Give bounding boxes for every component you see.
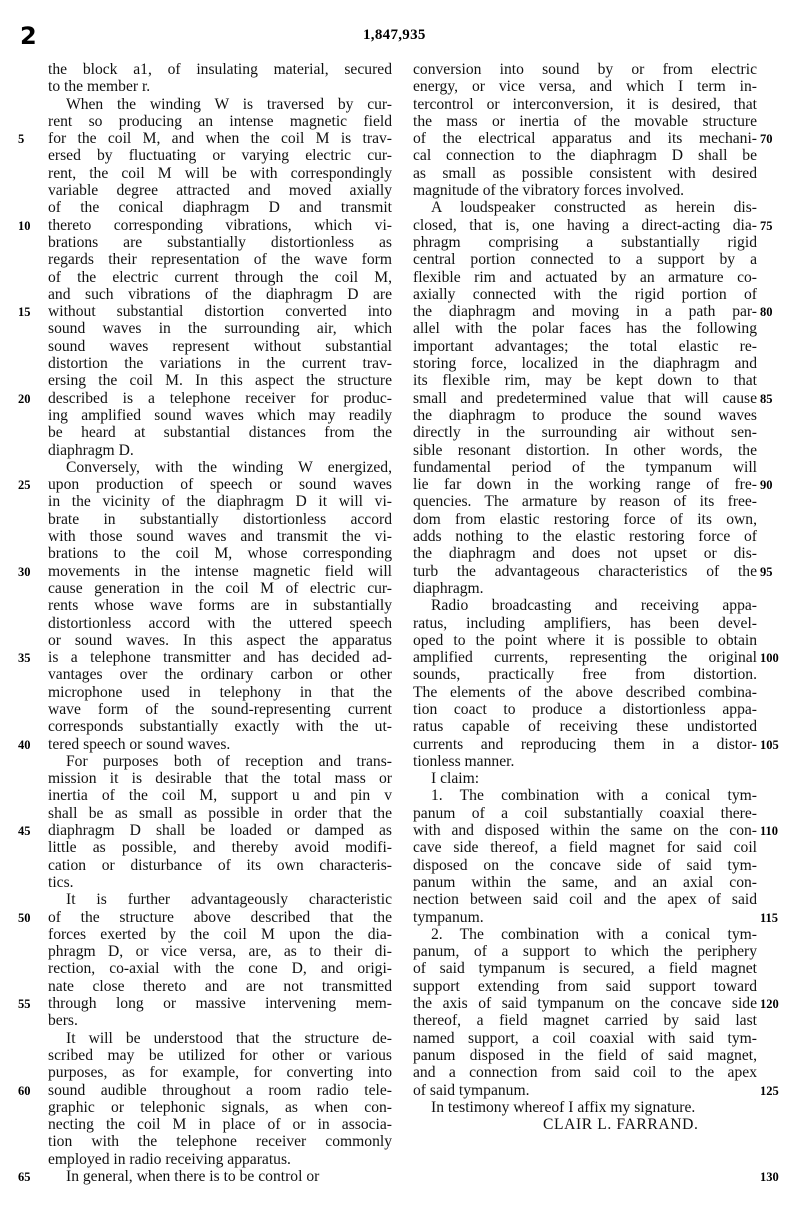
text-line: important advantages; the total elastic … bbox=[413, 338, 757, 355]
text-line: tion coact to produce a distortionless a… bbox=[413, 701, 757, 718]
text-line: of said tympanum is secured, a field mag… bbox=[413, 960, 757, 977]
text-line: 2. The combination with a conical tym- bbox=[413, 926, 757, 943]
text-line: vantages over the ordinary carbon or oth… bbox=[48, 666, 392, 683]
text-line: as small as possible consistent with des… bbox=[413, 165, 757, 182]
text-line: For purposes both of reception and trans… bbox=[48, 753, 392, 770]
text-line: rent so producing an intense magnetic fi… bbox=[48, 113, 392, 130]
text-line: panum, of a support to which the periphe… bbox=[413, 943, 757, 960]
text-line: panum disposed in the field of said magn… bbox=[413, 1047, 757, 1064]
text-line: The elements of the above described comb… bbox=[413, 684, 757, 701]
text-line: sible resonant distortion. In other word… bbox=[413, 442, 757, 459]
text-line: named support, a coil coaxial with said … bbox=[413, 1030, 757, 1047]
text-line: nate close thereto and are not transmitt… bbox=[48, 978, 392, 995]
text-line: flexible rim and actuated by an armature… bbox=[413, 269, 757, 286]
line-number: 10 bbox=[18, 219, 31, 234]
text-line: distortionless accord with the uttered s… bbox=[48, 615, 392, 632]
text-line: sound audible throughout a room radio te… bbox=[48, 1082, 392, 1099]
text-line: tympanum. bbox=[413, 909, 757, 926]
text-line: phragm comprising a substantially rigid bbox=[413, 234, 757, 251]
text-line: In testimony whereof I affix my signatur… bbox=[413, 1099, 757, 1116]
text-line: amplified currents, representing the ori… bbox=[413, 649, 757, 666]
text-line: Radio broadcasting and receiving appa- bbox=[413, 597, 757, 614]
text-line: cause generation in the coil M of electr… bbox=[48, 580, 392, 597]
text-line: be heard at substantial distances from t… bbox=[48, 424, 392, 441]
text-line: turb the advantageous characteristics of… bbox=[413, 563, 757, 580]
text-line: or sound waves. In this aspect the appar… bbox=[48, 632, 392, 649]
text-line: the diaphragm and does not upset or dis- bbox=[413, 545, 757, 562]
text-line: upon production of speech or sound waves bbox=[48, 476, 392, 493]
line-number: 120 bbox=[760, 997, 779, 1012]
text-line: closed, that is, one having a direct-act… bbox=[413, 217, 757, 234]
text-line: the diaphragm and moving in a path par- bbox=[413, 303, 757, 320]
line-number: 5 bbox=[18, 132, 24, 147]
text-line: 1. The combination with a conical tym- bbox=[413, 787, 757, 804]
text-line: with and disposed within the same on the… bbox=[413, 822, 757, 839]
line-number: 65 bbox=[18, 1170, 31, 1185]
text-line: phragm D, or vice versa, are, as to thei… bbox=[48, 943, 392, 960]
text-line: purposes, as for example, for converting… bbox=[48, 1064, 392, 1081]
text-line: little as possible, and thereby avoid mo… bbox=[48, 839, 392, 856]
text-line: tered speech or sound waves. bbox=[48, 736, 392, 753]
text-line: corresponds substantially exactly with t… bbox=[48, 718, 392, 735]
text-line: the mass or inertia of the movable struc… bbox=[413, 113, 757, 130]
text-line: nection between said coil and the apex o… bbox=[413, 891, 757, 908]
text-line: microphone used in telephony in that the bbox=[48, 684, 392, 701]
text-line: sound waves represent without substantia… bbox=[48, 338, 392, 355]
text-line: brations are substantially distortionles… bbox=[48, 234, 392, 251]
right-text-column: conversion into sound by or from electri… bbox=[413, 61, 757, 1133]
page-number: 2 bbox=[20, 22, 37, 50]
text-line: energy, or vice versa, and which I term … bbox=[413, 78, 757, 95]
text-line: graphic or telephonic signals, as when c… bbox=[48, 1099, 392, 1116]
line-number: 55 bbox=[18, 997, 31, 1012]
text-line: dom from elastic restoring force of its … bbox=[413, 511, 757, 528]
text-line: of said tympanum. bbox=[413, 1082, 757, 1099]
text-line: directly in the surrounding air without … bbox=[413, 424, 757, 441]
text-line: in the vicinity of the diaphragm D it wi… bbox=[48, 493, 392, 510]
text-line: fundamental period of the tympanum will bbox=[413, 459, 757, 476]
text-line: diaphragm D. bbox=[48, 442, 392, 459]
text-line: magnitude of the vibratory forces involv… bbox=[413, 182, 757, 199]
text-line: wave form of the sound-representing curr… bbox=[48, 701, 392, 718]
text-line: rent, the coil M will be with correspond… bbox=[48, 165, 392, 182]
text-line: of the conical diaphragm D and transmit bbox=[48, 199, 392, 216]
line-number: 125 bbox=[760, 1084, 779, 1099]
text-line: oped to the point where it is possible t… bbox=[413, 632, 757, 649]
text-line: I claim: bbox=[413, 770, 757, 787]
text-line: its flexible rim, may be kept down to th… bbox=[413, 372, 757, 389]
text-line: described is a telephone receiver for pr… bbox=[48, 390, 392, 407]
text-line: conversion into sound by or from electri… bbox=[413, 61, 757, 78]
line-number: 50 bbox=[18, 911, 31, 926]
line-number: 35 bbox=[18, 651, 31, 666]
text-line: panum within the same, and an axial con- bbox=[413, 874, 757, 891]
text-line: ersed by fluctuating or varying electric… bbox=[48, 147, 392, 164]
text-line: adds nothing to the elastic restoring fo… bbox=[413, 528, 757, 545]
text-line: and a connection from said coil to the a… bbox=[413, 1064, 757, 1081]
line-number: 115 bbox=[760, 911, 778, 926]
text-line: When the winding W is traversed by cur- bbox=[48, 96, 392, 113]
text-line: ratus, including amplifiers, has been de… bbox=[413, 615, 757, 632]
text-line: cation or disturbance of its own charact… bbox=[48, 857, 392, 874]
text-line: bers. bbox=[48, 1012, 392, 1029]
text-line: CLAIR L. FARRAND. bbox=[413, 1116, 757, 1133]
text-line: brate in substantially distortionless ac… bbox=[48, 511, 392, 528]
line-number: 90 bbox=[760, 478, 773, 493]
text-line: inertia of the coil M, support u and pin… bbox=[48, 787, 392, 804]
line-number: 45 bbox=[18, 824, 31, 839]
patent-number: 1,847,935 bbox=[363, 27, 426, 44]
line-number: 75 bbox=[760, 219, 773, 234]
text-line: A loudspeaker constructed as herein dis- bbox=[413, 199, 757, 216]
text-line: shall be as small as possible in order t… bbox=[48, 805, 392, 822]
text-line: ersing the coil M. In this aspect the st… bbox=[48, 372, 392, 389]
text-line: distortion the variations in the current… bbox=[48, 355, 392, 372]
text-line: cave side thereof, a field magnet for sa… bbox=[413, 839, 757, 856]
text-line: the axis of said tympanum on the concave… bbox=[413, 995, 757, 1012]
text-line: In general, when there is to be control … bbox=[48, 1168, 392, 1185]
text-line: is a telephone transmitter and has decid… bbox=[48, 649, 392, 666]
line-number: 95 bbox=[760, 565, 773, 580]
text-line: disposed on the concave side of said tym… bbox=[413, 857, 757, 874]
text-line: It will be understood that the structure… bbox=[48, 1030, 392, 1047]
line-number: 105 bbox=[760, 738, 779, 753]
text-line: sound waves in the surrounding air, whic… bbox=[48, 320, 392, 337]
text-line: to the member r. bbox=[48, 78, 392, 95]
text-line: rection, co-axial with the cone D, and o… bbox=[48, 960, 392, 977]
text-line: for the coil M, and when the coil M is t… bbox=[48, 130, 392, 147]
text-line: the block a1, of insulating material, se… bbox=[48, 61, 392, 78]
line-number: 100 bbox=[760, 651, 779, 666]
line-number: 60 bbox=[18, 1084, 31, 1099]
text-line: central portion connected to a support b… bbox=[413, 251, 757, 268]
text-line: forces exerted by the coil M upon the di… bbox=[48, 926, 392, 943]
text-line: rents whose wave forms are in substantia… bbox=[48, 597, 392, 614]
line-number: 110 bbox=[760, 824, 778, 839]
text-line: of the electrical apparatus and its mech… bbox=[413, 130, 757, 147]
line-number: 25 bbox=[18, 478, 31, 493]
line-number: 80 bbox=[760, 305, 773, 320]
text-line: movements in the intense magnetic field … bbox=[48, 563, 392, 580]
text-line: currents and reproducing them in a disto… bbox=[413, 736, 757, 753]
text-line: small and predetermined value that will … bbox=[413, 390, 757, 407]
text-line: of the electric current through the coil… bbox=[48, 269, 392, 286]
line-number: 70 bbox=[760, 132, 773, 147]
line-number: 130 bbox=[760, 1170, 779, 1185]
text-line: thereto corresponding vibrations, which … bbox=[48, 217, 392, 234]
text-line: ratus capable of receiving these undisto… bbox=[413, 718, 757, 735]
line-number: 85 bbox=[760, 392, 773, 407]
text-line: necting the coil M in place of or in ass… bbox=[48, 1116, 392, 1133]
text-line: support extending from said support towa… bbox=[413, 978, 757, 995]
left-text-column: the block a1, of insulating material, se… bbox=[48, 61, 392, 1185]
text-line: without substantial distortion converted… bbox=[48, 303, 392, 320]
text-line: with those sound waves and transmit the … bbox=[48, 528, 392, 545]
text-line: allel with the polar faces has the follo… bbox=[413, 320, 757, 337]
line-number: 40 bbox=[18, 738, 31, 753]
text-line: through long or massive intervening mem- bbox=[48, 995, 392, 1012]
text-line: sounds, practically free from distortion… bbox=[413, 666, 757, 683]
text-line: the diaphragm to produce the sound waves bbox=[413, 407, 757, 424]
text-line: tercontrol or interconversion, it is des… bbox=[413, 96, 757, 113]
text-line: diaphragm D shall be loaded or damped as bbox=[48, 822, 392, 839]
line-number: 20 bbox=[18, 392, 31, 407]
text-line: axially connected with the rigid portion… bbox=[413, 286, 757, 303]
text-line: tics. bbox=[48, 874, 392, 891]
text-line: employed in radio receiving apparatus. bbox=[48, 1151, 392, 1168]
text-line: of the structure above described that th… bbox=[48, 909, 392, 926]
text-line: panum of a coil substantially coaxial th… bbox=[413, 805, 757, 822]
text-line: tionless manner. bbox=[413, 753, 757, 770]
line-number: 30 bbox=[18, 565, 31, 580]
line-number: 15 bbox=[18, 305, 31, 320]
text-line: ing amplified sound waves which may read… bbox=[48, 407, 392, 424]
text-line: thereof, a field magnet carried by said … bbox=[413, 1012, 757, 1029]
text-line: lie far down in the working range of fre… bbox=[413, 476, 757, 493]
text-line: and such vibrations of the diaphragm D a… bbox=[48, 286, 392, 303]
text-line: storing force, localized in the diaphrag… bbox=[413, 355, 757, 372]
text-line: cal connection to the diaphragm D shall … bbox=[413, 147, 757, 164]
text-line: quencies. The armature by reason of its … bbox=[413, 493, 757, 510]
text-line: mission it is desirable that the total m… bbox=[48, 770, 392, 787]
text-line: scribed may be utilized for other or var… bbox=[48, 1047, 392, 1064]
text-line: tion with the telephone receiver commonl… bbox=[48, 1133, 392, 1150]
text-line: variable degree attracted and moved axia… bbox=[48, 182, 392, 199]
text-line: diaphragm. bbox=[413, 580, 757, 597]
text-line: Conversely, with the winding W energized… bbox=[48, 459, 392, 476]
text-line: It is further advantageously characteris… bbox=[48, 891, 392, 908]
text-line: regards their representation of the wave… bbox=[48, 251, 392, 268]
text-line: brations to the coil M, whose correspond… bbox=[48, 545, 392, 562]
